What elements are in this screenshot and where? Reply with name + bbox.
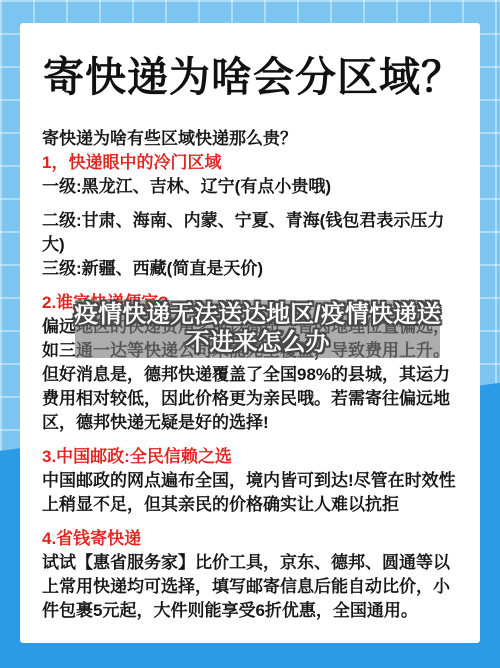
poster-body: 寄快递为啥有些区域快递那么贵？ 1，快递眼中的冷门区域 一级:黑龙江、吉林、辽宁… xyxy=(42,127,459,633)
section-save-money: 4.省钱寄快递 试试【惠省服务家】比价工具，京东、德邦、圆通等以上常用快递均可选… xyxy=(42,527,459,623)
section-4-body: 试试【惠省服务家】比价工具，京东、德邦、圆通等以上常用快递均可选择，填写邮寄信息… xyxy=(42,551,459,623)
section-1-heading: 1，快递眼中的冷门区域 xyxy=(42,151,459,175)
overlay-title-line-1: 疫情快递无法送达地区/疫情快递送 xyxy=(74,301,441,329)
section-cold-zones: 寄快递为啥有些区域快递那么贵？ 1，快递眼中的冷门区域 一级:黑龙江、吉林、辽宁… xyxy=(42,127,459,199)
intro-question: 寄快递为啥有些区域快递那么贵？ xyxy=(42,127,459,151)
poster-title: 寄快递为啥会分区域？ xyxy=(43,52,463,102)
overlay-title-banner: 疫情快递无法送达地区/疫情快递送 不进来怎么办 xyxy=(75,300,440,358)
overlay-title-line-2: 不进来怎么办 xyxy=(186,329,330,357)
section-4-heading: 4.省钱寄快递 xyxy=(42,527,459,551)
tier-3-line: 三级:新疆、西藏(简直是天价) xyxy=(42,257,459,281)
section-china-post: 3.中国邮政:全民信赖之选 中国邮政的网点遍布全国，境内皆可到达!尽管在时效性上… xyxy=(42,445,459,517)
section-3-body: 中国邮政的网点遍布全国，境内皆可到达!尽管在时效性上稍显不足，但其亲民的价格确实… xyxy=(42,469,459,517)
tier-1-line: 一级:黑龙江、吉林、辽宁(有点小贵哦) xyxy=(42,175,459,199)
tier-2-line: 二级:甘肃、海南、内蒙、宁夏、青海(钱包君表示压力大) xyxy=(42,209,459,257)
section-tiers: 二级:甘肃、海南、内蒙、宁夏、青海(钱包君表示压力大) 三级:新疆、西藏(简直是… xyxy=(42,209,459,281)
section-3-heading: 3.中国邮政:全民信赖之选 xyxy=(42,445,459,469)
poster-background: 寄快递为啥会分区域？ 寄快递为啥有些区域快递那么贵？ 1，快递眼中的冷门区域 一… xyxy=(0,0,500,668)
